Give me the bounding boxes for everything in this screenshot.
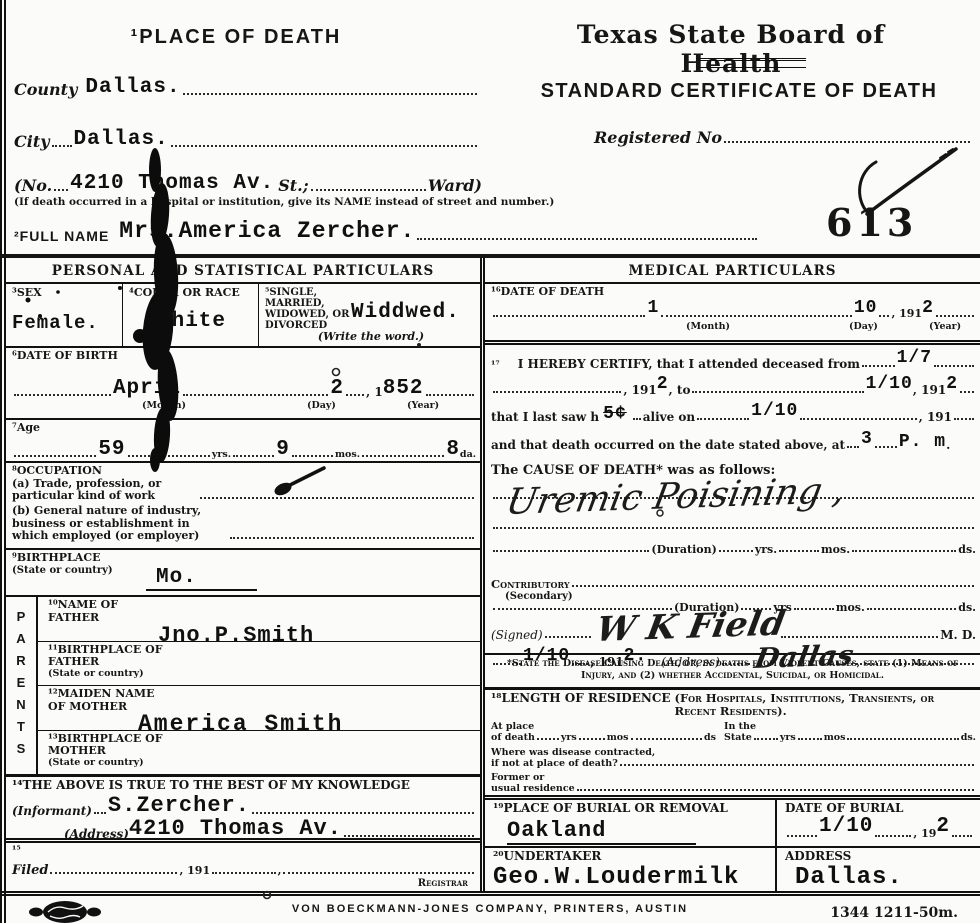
undertaker-row: ²⁰UNDERTAKER Geo.W.Loudermilk ADDRESS Da… (485, 848, 980, 891)
sex-race-marital-row: ³SEX Female. ⁴COLOR OR RACE White ⁵SINGL… (6, 284, 480, 348)
mother-birthplace-sub: (State or country) (48, 758, 476, 769)
burial-place-value: Oakland (507, 818, 696, 845)
filed-comma: , (278, 865, 282, 878)
year-caption: (Year) (929, 321, 961, 332)
registered-no-value: 613 (826, 200, 917, 245)
city-label: City (14, 132, 50, 151)
death-day: 10 (854, 298, 878, 318)
death-month: 1 (647, 298, 659, 318)
dotted-leader (493, 391, 621, 393)
in-the-label: In the (724, 722, 976, 733)
dotted-leader (798, 738, 822, 740)
death-year: 2 (922, 298, 934, 318)
day-caption: (Day) (849, 321, 878, 332)
parents-side-label-cell: PARENTS (6, 597, 38, 774)
dotted-leader (426, 394, 474, 396)
age-label: ⁷Age (12, 422, 40, 435)
contracted-label2: if not at place of death? (491, 759, 618, 770)
parents-rows: ¹⁰NAME OF FATHER Jno.P.Smith ¹¹BIRTHPLAC… (38, 597, 480, 774)
date-of-death-row: ¹⁶DATE OF DEATH 1 10 , 191 2 (Month) (Da… (485, 284, 980, 345)
burial-date-value: 1/10 (819, 815, 873, 838)
dotted-leader (212, 872, 276, 874)
full-name-label: ²FULL NAME (14, 228, 109, 244)
dotted-leader (52, 145, 72, 147)
dotted-leader (572, 585, 974, 587)
occupation-b-label: (b) General nature of industry, business… (12, 505, 228, 543)
ward-label: Ward) (428, 176, 482, 195)
columns: PERSONAL AND STATISTICAL PARTICULARS ³SE… (6, 258, 980, 891)
last-seen-value: 1/10 (751, 401, 798, 421)
age-years: 59 (98, 438, 125, 461)
dotted-leader (200, 497, 474, 499)
burial-date-cell: DATE OF BURIAL 1/10 , 19 2 (777, 800, 980, 846)
full-name-value: Mrs.America Zercher. (119, 218, 415, 244)
parents-block: PARENTS ¹⁰NAME OF FATHER Jno.P.Smith ¹¹B… (6, 597, 480, 777)
personal-column: PERSONAL AND STATISTICAL PARTICULARS ³SE… (6, 258, 485, 891)
former-label2: usual residence (491, 784, 575, 795)
dotted-leader (779, 550, 819, 552)
dotted-leader (94, 812, 106, 814)
residence-in-state: In the State yrs mos ds. (724, 722, 976, 744)
death-certificate: ¹PLACE OF DEATH Texas State Board of Hea… (0, 0, 980, 923)
birthplace-value: Mo. (146, 566, 257, 591)
mother-birthplace-row: ¹³BIRTHPLACE OF MOTHER (State or country… (38, 731, 480, 775)
place-of-death-heading: ¹PLACE OF DEATH (106, 26, 366, 49)
month-caption: (Month) (686, 321, 730, 332)
month-caption: (Month) (142, 400, 186, 411)
mother-name-row: ¹²MAIDEN NAME OF MOTHER America Smith (38, 686, 480, 731)
certify-to-label: , to (669, 383, 691, 397)
burial-date-label: DATE OF BURIAL (785, 802, 974, 816)
dotted-leader (311, 189, 426, 191)
dotted-leader (661, 315, 852, 317)
dotted-leader (545, 636, 591, 638)
personal-title: PERSONAL AND STATISTICAL PARTICULARS (6, 258, 480, 284)
father-name-row: ¹⁰NAME OF FATHER Jno.P.Smith (38, 597, 480, 642)
burial-place-label: ¹⁹PLACE OF BURIAL OR REMOVAL (493, 802, 771, 816)
residence-label: ¹⁸LENGTH OF RESIDENCE (491, 692, 671, 706)
informant-value: S.Zercher. (108, 793, 250, 818)
res-mos: mos (607, 733, 629, 744)
dotted-leader (794, 608, 834, 610)
race-value: White (129, 310, 255, 333)
cause-ds-caption: ds. (958, 543, 976, 556)
filed-label: Filed (12, 863, 48, 878)
dotted-leader (577, 789, 974, 791)
street-st-label: St.; (278, 176, 308, 195)
dotted-leader (862, 365, 895, 367)
race-cell: ⁴COLOR OR RACE White (122, 284, 258, 346)
father-birthplace-row: ¹¹BIRTHPLACE OF FATHER (State or country… (38, 642, 480, 687)
dotted-leader (936, 315, 974, 317)
marital-cell: ⁵SINGLE, MARRIED, WIDOWED, OR DIVORCED W… (258, 284, 480, 346)
attended-from-value: 1/7 (897, 348, 932, 368)
undertaker-cell: ²⁰UNDERTAKER Geo.W.Loudermilk (485, 848, 777, 891)
burial-place-cell: ¹⁹PLACE OF BURIAL OR REMOVAL Oakland (485, 800, 777, 846)
dotted-leader (14, 394, 111, 396)
registrar-label: Registrar (12, 878, 476, 889)
state-label: State (724, 733, 752, 744)
dotted-leader (292, 455, 333, 457)
dotted-leader (493, 315, 645, 317)
dotted-leader (362, 455, 444, 457)
registered-no-label: Registered No (594, 128, 722, 147)
cause-of-death-block: The CAUSE OF DEATH* was as follows: Urem… (485, 462, 980, 575)
dotted-leader (719, 550, 753, 552)
mother-birthplace-label: ¹³BIRTHPLACE OF MOTHER (48, 733, 168, 758)
form-number: 1344 1211-50m. (830, 905, 958, 921)
medical-title: MEDICAL PARTICULARS (485, 258, 980, 284)
age-row: ⁷Age 59 yrs. 9 mos. 8 da. (6, 420, 480, 463)
last-seen-year-prefix: , 191 (919, 410, 952, 424)
race-label: ⁴COLOR OR RACE (129, 287, 255, 300)
top-section: ¹PLACE OF DEATH Texas State Board of Hea… (6, 0, 980, 254)
last-saw-strike: 5¢ (603, 404, 627, 424)
dotted-leader (800, 418, 916, 420)
dotted-leader (493, 527, 974, 529)
certify-year1: 2 (657, 374, 669, 394)
dotted-leader (252, 812, 474, 814)
county-value: Dallas. (85, 76, 180, 99)
undertaker-label: ²⁰UNDERTAKER (493, 850, 771, 864)
board-title: Texas State Board of Health (561, 20, 901, 78)
dotted-leader (631, 738, 703, 740)
father-birthplace-label: ¹¹BIRTHPLACE OF FATHER (48, 644, 168, 669)
signed-label: (Signed) (491, 628, 543, 642)
dotted-leader (620, 764, 974, 766)
res-ds: ds (704, 733, 716, 744)
dob-year: 852 (383, 377, 424, 400)
dotted-leader (14, 455, 96, 457)
cause-yrs-caption: yrs. (755, 543, 777, 556)
registered-no-line: Registered No (594, 128, 972, 147)
residence-at-place: At place of death yrs mos ds (491, 722, 716, 744)
street-line: (No. 4210 Thomas Av. St.; Ward) (14, 172, 482, 195)
signed-block: (Duration) yrs mos. ds. (Signed) W K Fie… (485, 605, 980, 655)
filed-year-prefix: , 191 (179, 865, 210, 878)
county-line: County Dallas. (14, 76, 479, 99)
burial-year: 2 (936, 815, 950, 838)
street-value: 4210 Thomas Av. (70, 172, 274, 195)
state-yrs: yrs (780, 733, 796, 744)
dotted-leader (283, 872, 474, 874)
marital-value: Widdwed. (351, 287, 477, 334)
footnote-text: *State the Disease Causing Death, or, in… (507, 658, 958, 681)
filed-number: ¹⁵ (12, 845, 476, 857)
dotted-leader (954, 418, 974, 420)
dotted-leader (233, 455, 274, 457)
dotted-leader (692, 391, 863, 393)
parents-side-label: PARENTS (14, 609, 29, 763)
death-year-prefix: , 191 (891, 308, 922, 321)
sex-label: ³SEX (12, 287, 119, 300)
dotted-leader (50, 872, 177, 874)
bottom-strip: VON BOECKMANN-JONES COMPANY, PRINTERS, A… (0, 891, 980, 923)
contrib-ds-caption: ds. (958, 601, 976, 614)
board-title-rule (696, 58, 806, 68)
dotted-leader (230, 537, 474, 539)
contributory-label: Contributory (491, 577, 570, 591)
undertaker-address-value: Dallas. (795, 864, 974, 891)
dob-year-prefix: , 1 (366, 386, 383, 400)
dotted-leader (54, 189, 68, 191)
dotted-leader (934, 365, 974, 367)
dotted-leader (952, 835, 972, 837)
state-mos: mos (824, 733, 846, 744)
father-birthplace-sub: (State or country) (48, 669, 476, 680)
certify-year2: 2 (946, 374, 958, 394)
md-label: M. D. (940, 628, 976, 642)
dob-month: April (113, 377, 181, 400)
undertaker-address-label: ADDRESS (785, 850, 974, 864)
dotted-leader (724, 141, 970, 143)
informant-address-value: 4210 Thomas Av. (129, 816, 342, 841)
certify-number: ¹⁷ (491, 360, 500, 372)
age-months: 9 (276, 438, 290, 461)
res-yrs: yrs (561, 733, 577, 744)
death-occurred-label: and that death occurred on the date stat… (491, 438, 845, 452)
alive-on-label: alive on (643, 410, 695, 424)
attestation-label: ¹⁴THE ABOVE IS TRUE TO THE BEST OF MY KN… (12, 779, 476, 793)
dotted-leader (344, 835, 474, 837)
dotted-leader (579, 738, 605, 740)
attended-to-value: 1/10 (866, 374, 913, 394)
medical-column: MEDICAL PARTICULARS ¹⁶DATE OF DEATH 1 10… (485, 258, 980, 891)
birthplace-label: ⁹BIRTHPLACE (12, 552, 476, 565)
sex-cell: ³SEX Female. (6, 284, 122, 346)
death-time-ampm: P. m (899, 432, 946, 452)
undertaker-value: Geo.W.Loudermilk (493, 864, 771, 891)
certify-block: ¹⁷ I HEREBY CERTIFY, that I attended dec… (485, 345, 980, 462)
residence-label2: (For Hospitals, Institutions, Transients… (675, 692, 976, 718)
age-days: 8 (446, 438, 460, 461)
certify-line1: I HEREBY CERTIFY, that I attended deceas… (518, 357, 860, 371)
dotted-leader (417, 238, 757, 240)
filed-row: ¹⁵ Filed , 191 , Registrar (6, 843, 480, 891)
burial-year-prefix: , 19 (913, 828, 936, 841)
street-no-label: (No. (14, 176, 52, 195)
certify-year1-prefix: , 191 (623, 383, 656, 397)
residence-block: ¹⁸LENGTH OF RESIDENCE (For Hospitals, In… (485, 690, 980, 800)
dotted-leader (781, 636, 938, 638)
informant-address-label: (Address) (64, 827, 129, 841)
at-place-label2: of death (491, 733, 535, 744)
burial-row: ¹⁹PLACE OF BURIAL OR REMOVAL Oakland DAT… (485, 800, 980, 848)
dob-day: 2 (330, 377, 344, 400)
death-time-value: 3 (861, 429, 873, 449)
marital-label: ⁵SINGLE, MARRIED, WIDOWED, OR DIVORCED (265, 287, 351, 334)
occupation-row: ⁸OCCUPATION (a) Trade, profession, or pa… (6, 463, 480, 550)
dob-caption-row: (Month) (Day) (Year) (12, 400, 476, 412)
occupation-a-label: (a) Trade, profession, or particular kin… (12, 478, 198, 503)
yrs-caption: yrs. (212, 450, 231, 461)
father-name-label: ¹⁰NAME OF FATHER (48, 599, 158, 624)
birthplace-row: ⁹BIRTHPLACE (State or country) Mo. (6, 550, 480, 597)
city-value: Dallas. (74, 128, 169, 151)
dotted-leader (493, 550, 649, 552)
dod-caption-row: (Month) (Day) (Year) (491, 321, 976, 333)
dotted-leader (847, 738, 958, 740)
date-of-death-label: ¹⁶DATE OF DEATH (491, 286, 976, 299)
dob-row: ⁶DATE OF BIRTH April 2 , 1 852 (Month) (… (6, 348, 480, 420)
informant-label: (Informant) (12, 804, 92, 818)
dob-label: ⁶DATE OF BIRTH (12, 350, 476, 363)
dotted-leader (633, 418, 641, 420)
day-caption: (Day) (307, 400, 336, 411)
dotted-leader (171, 145, 477, 147)
da-caption: da. (460, 450, 476, 461)
occupation-label: ⁸OCCUPATION (12, 465, 476, 478)
dotted-leader (697, 418, 749, 420)
certificate-title: STANDARD CERTIFICATE OF DEATH (534, 80, 944, 103)
dotted-leader (852, 550, 956, 552)
dotted-leader (879, 315, 889, 317)
cause-mos-caption: mos. (821, 543, 850, 556)
marital-note: (Write the word.) (265, 330, 477, 346)
dotted-leader (128, 455, 210, 457)
cause-duration-label: (Duration) (651, 543, 716, 556)
dotted-leader (346, 394, 364, 396)
mother-name-label: ¹²MAIDEN NAME OF MOTHER (48, 688, 158, 713)
dotted-leader (875, 446, 897, 448)
state-ds: ds. (961, 733, 976, 744)
full-name-line: ²FULL NAME Mrs.America Zercher. (14, 218, 759, 244)
mos-caption: mos. (335, 450, 360, 461)
last-saw-label: that I last saw h (491, 410, 599, 424)
dotted-leader (787, 835, 817, 837)
undertaker-address-cell: ADDRESS Dallas. (777, 848, 980, 891)
dotted-leader (537, 738, 559, 740)
contrib-mos-caption: mos. (836, 601, 865, 614)
dotted-leader (960, 391, 974, 393)
dotted-leader (867, 608, 956, 610)
dotted-leader (875, 835, 911, 837)
hospital-note: (If death occurred in a hospital or inst… (14, 196, 714, 208)
year-caption: (Year) (407, 400, 439, 411)
certify-year2-prefix: , 191 (913, 383, 946, 397)
footnote-block: *State the Disease Causing Death, or, in… (485, 655, 980, 690)
period: . (946, 438, 950, 452)
attestation-row: ¹⁴THE ABOVE IS TRUE TO THE BEST OF MY KN… (6, 777, 480, 843)
sex-value: Female. (12, 312, 119, 334)
dotted-leader (847, 446, 859, 448)
dotted-leader (754, 738, 778, 740)
dotted-leader (183, 394, 328, 396)
county-label: County (14, 80, 77, 99)
city-line: City Dallas. (14, 128, 479, 151)
dotted-leader (183, 93, 477, 95)
